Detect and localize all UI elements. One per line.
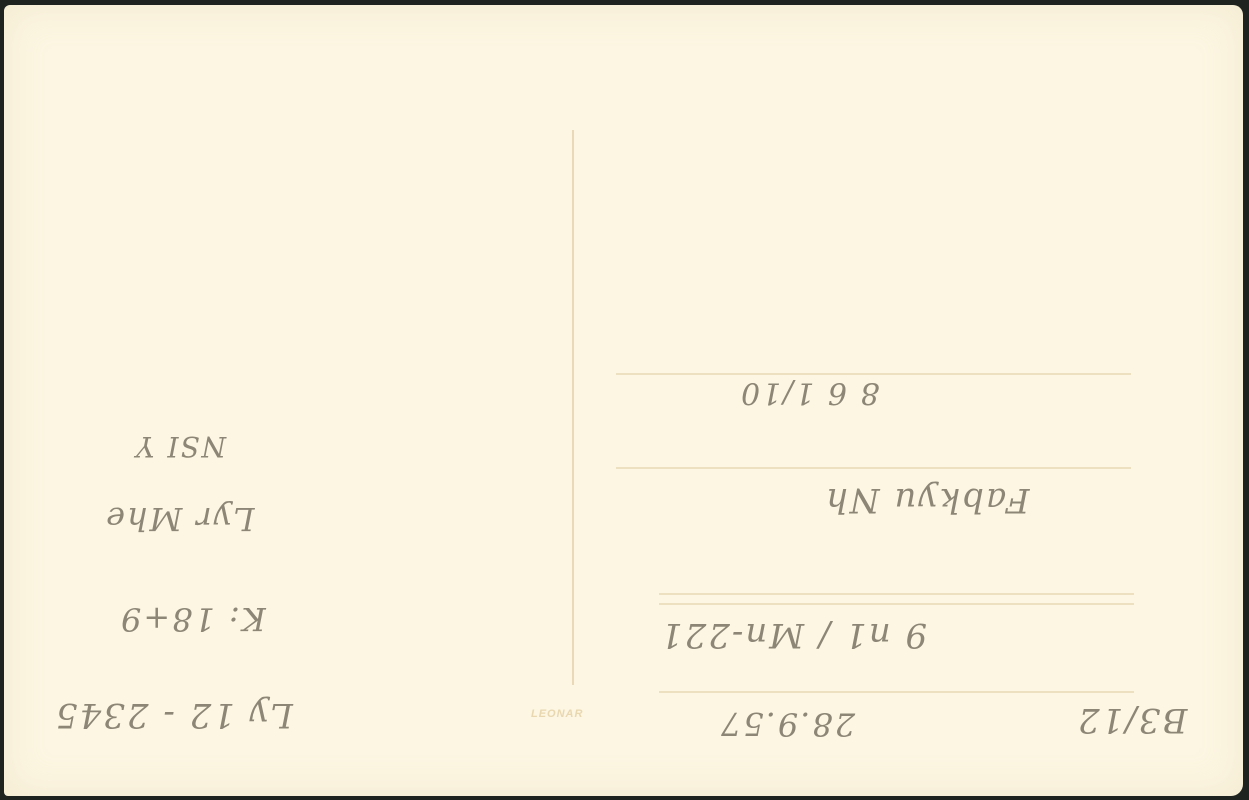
- address-rule-3: [659, 593, 1134, 595]
- handwriting-line: 28.9.57: [719, 705, 855, 743]
- handwriting-note: Lyr Mhe: [104, 500, 255, 538]
- address-rule-4: [659, 603, 1134, 605]
- center-divider: [572, 130, 574, 685]
- handwriting-line: 8 6 1/10: [739, 375, 880, 410]
- handwriting-line: B3/12: [1076, 700, 1187, 740]
- handwriting-note: K: 18+9: [119, 600, 266, 638]
- handwriting-line: 9 n1 / Mn-221: [659, 615, 927, 655]
- handwriting-note: Ly 12 - 2345: [54, 695, 293, 735]
- address-rule-5: [659, 691, 1134, 693]
- printer-mark: LEONAR: [531, 708, 583, 720]
- postcard-back: 8 6 1/10 Fabkyu Nh 9 n1 / Mn-221 28.9.57…: [4, 5, 1243, 796]
- handwriting-note: NSI Y: [134, 430, 226, 463]
- address-rule-2: [616, 467, 1131, 469]
- handwriting-line: Fabkyu Nh: [824, 480, 1029, 520]
